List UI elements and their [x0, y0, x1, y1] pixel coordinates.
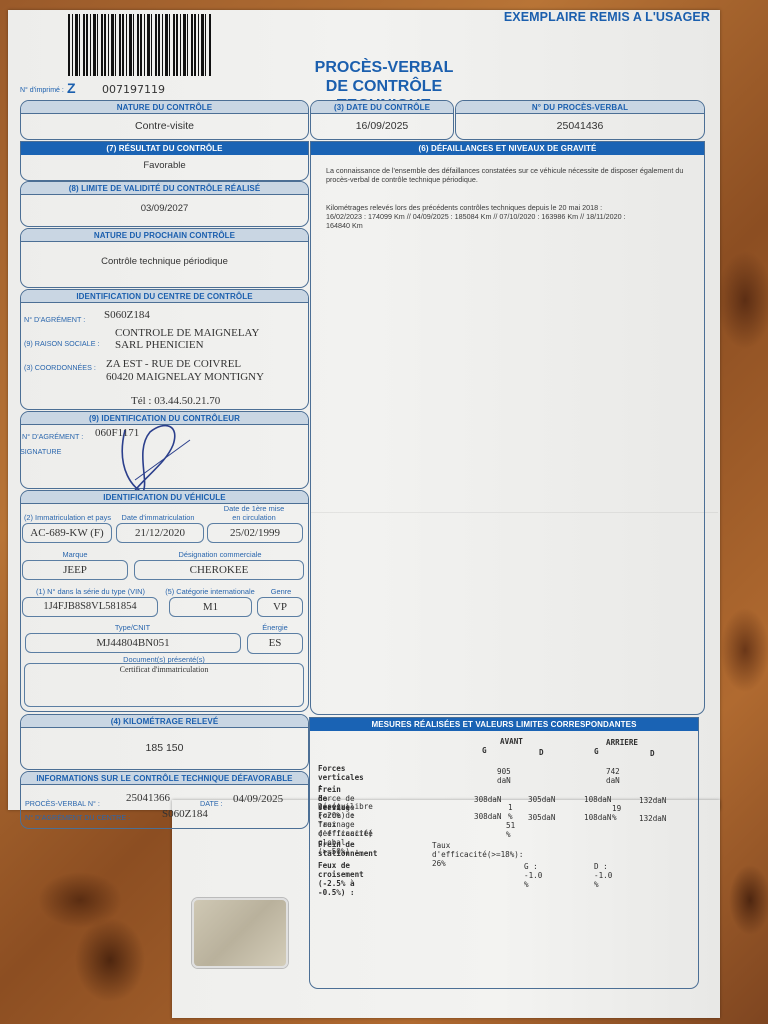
centre-raison-value: CONTROLE DE MAIGNELAY SARL PHENICIEN [115, 327, 259, 351]
vin-field: 1J4FJB8S8VL581854 [22, 597, 158, 617]
mileage-label: (4) KILOMÉTRAGE RELEVÉ [21, 715, 308, 728]
controller-agrement-label: N° D'AGRÉMENT : [22, 432, 83, 441]
plate-field: AC-689-KW (F) [22, 523, 112, 543]
braking-force-rl: 108daN [584, 795, 611, 804]
printed-number-value: 007197119 [102, 83, 165, 96]
result-value: Favorable [21, 155, 308, 177]
centre-raison-line-1: CONTROLE DE MAIGNELAY [115, 327, 259, 339]
centre-agrement-label: N° D'AGRÉMENT : [24, 315, 85, 324]
brand-label: Marque [22, 550, 128, 559]
validity-label: (8) LIMITE DE VALIDITÉ DU CONTRÔLE RÉALI… [21, 182, 308, 195]
next-control-value: Contrôle technique périodique [21, 242, 308, 282]
defects-km-line-2: 16/02/2023 : 174099 Km // 04/09/2025 : 1… [326, 212, 701, 221]
reg-date-label: Date d'immatriculation [117, 513, 199, 522]
validity-box: (8) LIMITE DE VALIDITÉ DU CONTRÔLE RÉALI… [20, 181, 309, 227]
category-field: M1 [169, 597, 252, 617]
printed-number-letter: Z [67, 80, 76, 96]
unfavorable-centre-value: S060Z184 [162, 808, 208, 820]
centre-coord-value: ZA EST - RUE DE COIVREL 60420 MAIGNELAY … [106, 358, 264, 384]
defects-label: (6) DÉFAILLANCES ET NIVEAUX DE GRAVITÉ [311, 142, 704, 155]
vertical-forces-front: 905 daN [497, 767, 511, 785]
next-control-label: NATURE DU PROCHAIN CONTRÔLE [21, 229, 308, 242]
vin-label: (1) N° dans la série du type (VIN) [22, 587, 159, 596]
rear-header: ARRIERE [606, 738, 638, 747]
copy-label: EXEMPLAIRE REMIS A L'USAGER [504, 10, 710, 24]
result-label: (7) RÉSULTAT DU CONTRÔLE [21, 142, 308, 155]
lowbeam-left: G : -1.0 % [524, 862, 542, 889]
imbalance-front: 1 % [508, 803, 513, 821]
result-box: (7) RÉSULTAT DU CONTRÔLE Favorable [20, 141, 309, 181]
model-field: CHEROKEE [134, 560, 304, 580]
first-use-label: Date de 1ère mise en circulation [205, 504, 303, 522]
defects-paragraph-1: La connaissance de l'ensemble des défail… [326, 166, 696, 184]
control-date-value: 16/09/2025 [311, 114, 453, 138]
unfavorable-pv-value: 25041366 [126, 792, 170, 804]
cnit-field: MJ44804BN051 [25, 633, 241, 653]
next-control-box: NATURE DU PROCHAIN CONTRÔLE Contrôle tec… [20, 228, 309, 288]
pv-number-box: N° DU PROCÈS-VERBAL 25041436 [455, 100, 705, 140]
unfavorable-centre-label: N° D'AGRÉMENT DU CENTRE : [25, 813, 130, 822]
control-date-label: (3) DATE DU CONTRÔLE [311, 101, 453, 114]
braking-force-rr: 132daN [639, 796, 666, 805]
braking-eff-fl: 308daN [474, 812, 501, 821]
vertical-forces-rear: 742 daN [606, 767, 620, 785]
measures-label: MESURES RÉALISÉES ET VALEURS LIMITES COR… [310, 718, 698, 731]
genre-label: Genre [258, 587, 304, 596]
controller-signature-label: SIGNATURE [20, 447, 61, 456]
genre-field: VP [257, 597, 303, 617]
cnit-label: Type/CNIT [25, 623, 240, 632]
braking-eff-rl: 108daN [584, 813, 611, 822]
first-use-label-1: Date de 1ère mise [205, 504, 303, 513]
energy-label: Énergie [246, 623, 304, 632]
control-nature-label: NATURE DU CONTRÔLE [21, 101, 308, 114]
lowbeam-label: Feux de croisement (-2.5% à -0.5%) : [318, 861, 364, 897]
mileage-box: (4) KILOMÉTRAGE RELEVÉ 185 150 [20, 714, 309, 770]
category-label: (5) Catégorie internationale [160, 587, 260, 596]
braking-eff-rr: 132daN [639, 814, 666, 823]
pv-number-value: 25041436 [456, 114, 704, 138]
front-left-header: G [482, 746, 487, 755]
control-date-box: (3) DATE DU CONTRÔLE 16/09/2025 [310, 100, 454, 140]
rear-left-header: G [594, 747, 599, 756]
mileage-value: 185 150 [21, 728, 308, 768]
title-line-1: PROCÈS-VERBAL [288, 58, 480, 77]
defects-km-line-1: Kilométrages relevés lors des précédents… [326, 203, 701, 212]
vehicle-label: IDENTIFICATION DU VÉHICULE [21, 491, 308, 504]
centre-raison-line-2: SARL PHENICIEN [115, 339, 259, 351]
centre-coord-line-1: ZA EST - RUE DE COIVREL [106, 358, 264, 371]
parking-brake-value: Taux d'efficacité(>=18%): 26% [432, 841, 523, 868]
defects-paragraph-2: Kilométrages relevés lors des précédents… [326, 203, 701, 230]
unfavorable-label: INFORMATIONS SUR LE CONTRÔLE TECHNIQUE D… [21, 772, 308, 785]
printed-number-label: N° d'imprimé : [20, 87, 64, 94]
braking-force-fr: 305daN [528, 795, 555, 804]
hologram-sticker [192, 898, 288, 968]
front-right-header: D [539, 748, 544, 757]
docs-field: Certificat d'immatriculation [24, 663, 304, 707]
unfavorable-date-label: DATE : [200, 799, 223, 808]
unfavorable-date-value: 04/09/2025 [233, 793, 283, 805]
parking-brake-label: Frein de stationnement [318, 840, 377, 858]
reg-date-field: 21/12/2020 [116, 523, 204, 543]
centre-phone: Tél : 03.44.50.21.70 [131, 395, 220, 407]
braking-eff-fr: 305daN [528, 813, 555, 822]
centre-agrement-value: S060Z184 [104, 309, 150, 321]
front-header: AVANT [500, 737, 523, 746]
braking-force-fl: 308daN [474, 795, 501, 804]
control-nature-box: NATURE DU CONTRÔLE Contre-visite [20, 100, 309, 140]
unfavorable-pv-label: PROCÈS-VERBAL N° : [25, 799, 100, 808]
centre-label: IDENTIFICATION DU CENTRE DE CONTRÔLE [21, 290, 308, 303]
energy-field: ES [247, 633, 303, 654]
control-nature-value: Contre-visite [21, 114, 308, 138]
signature-icon [115, 420, 195, 500]
lowbeam-right: D : -1.0 % [594, 862, 612, 889]
model-label: Désignation commerciale [135, 550, 305, 559]
centre-coord-label: (3) COORDONNÉES : [24, 363, 96, 372]
pv-number-label: N° DU PROCÈS-VERBAL [456, 101, 704, 114]
centre-coord-line-2: 60420 MAIGNELAY MONTIGNY [106, 371, 264, 384]
centre-raison-label: (9) RAISON SOCIALE : [24, 339, 100, 348]
plate-label: (2) Immatriculation et pays [20, 513, 115, 522]
first-use-label-2: en circulation [205, 513, 303, 522]
first-use-field: 25/02/1999 [207, 523, 303, 543]
rear-right-header: D [650, 749, 655, 758]
global-eff-value: 51 % [506, 821, 515, 839]
validity-value: 03/09/2027 [21, 195, 308, 223]
imbalance-rear: 19 % [612, 804, 621, 822]
brand-field: JEEP [22, 560, 128, 580]
defects-km-line-3: 164840 Km [326, 221, 701, 230]
barcode [68, 14, 212, 76]
